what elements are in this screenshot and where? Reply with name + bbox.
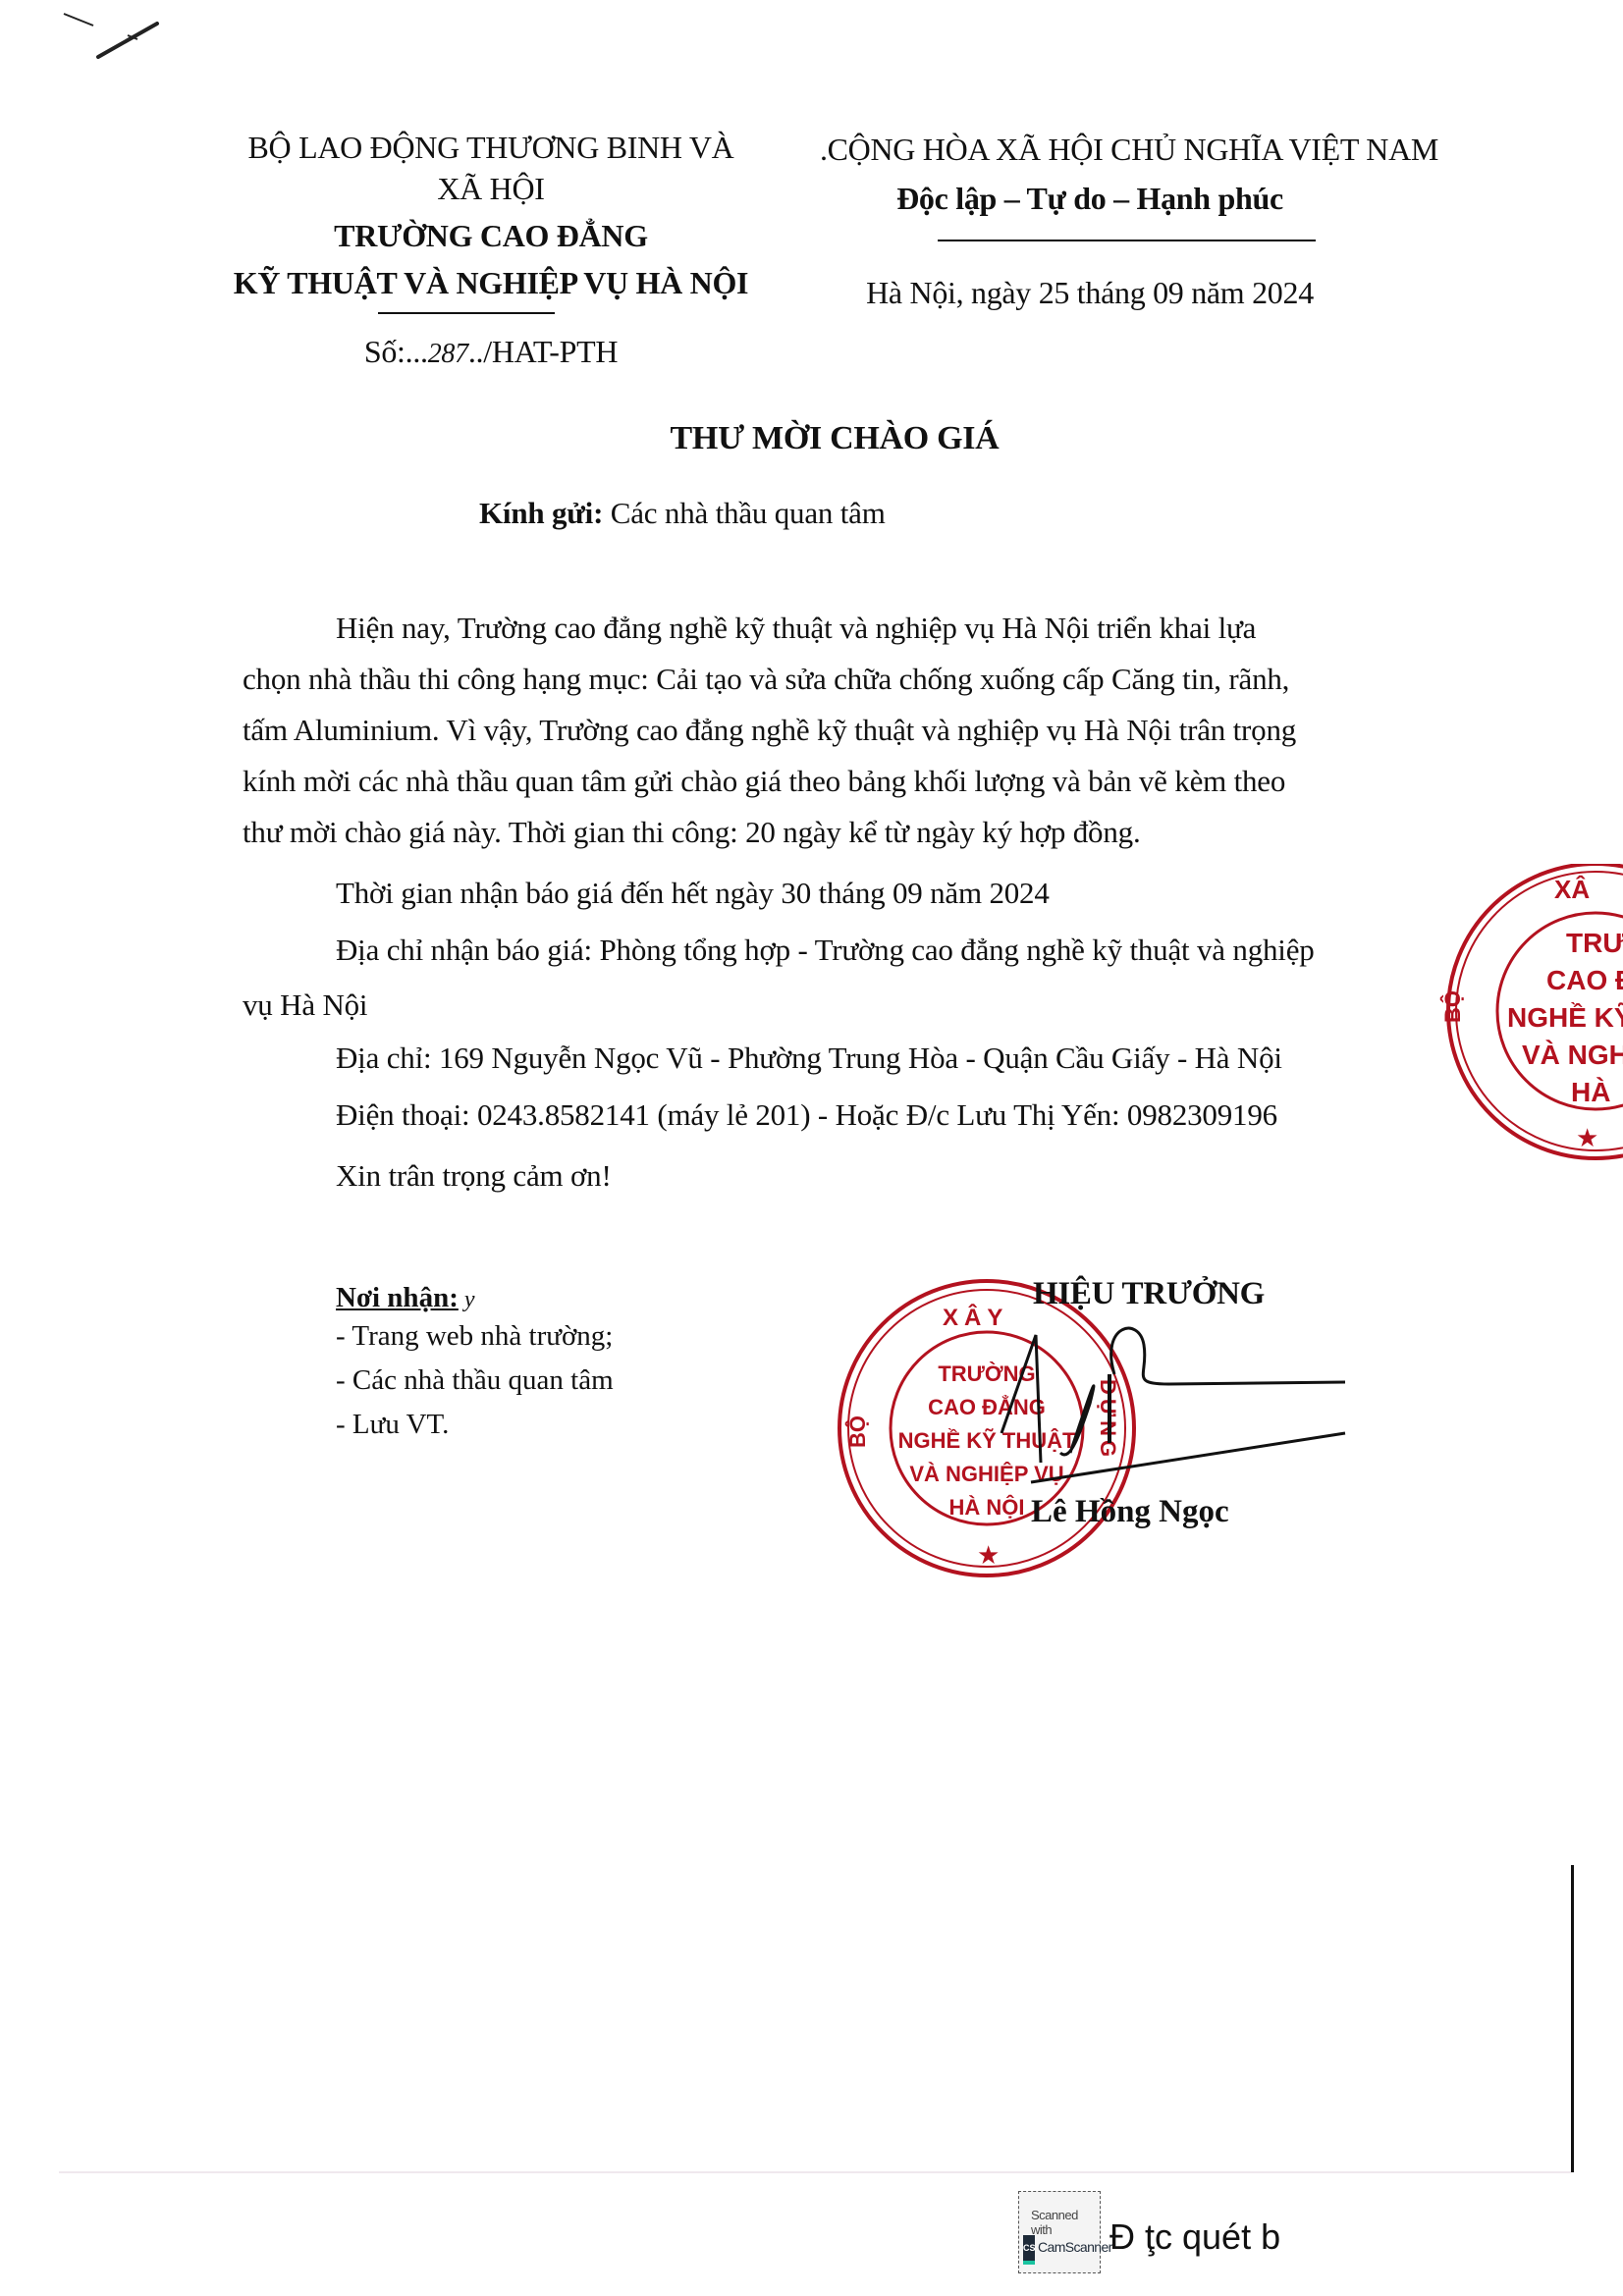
national-title: .CỘNG HÒA XÃ HỘI CHỦ NGHĨA VIỆT NAM bbox=[815, 132, 1443, 168]
camscanner-badge: Scanned with CS CamScanner bbox=[1018, 2191, 1101, 2273]
place-date: Hà Nội, ngày 25 tháng 09 năm 2024 bbox=[815, 275, 1365, 311]
recipient-item: - Lưu VT. bbox=[336, 1409, 614, 1441]
school-name-line-1: TRƯỜNG CAO ĐẲNG bbox=[147, 218, 835, 254]
svg-text:BỘ: BỘ bbox=[1440, 990, 1465, 1023]
camscanner-logo-icon: CS bbox=[1023, 2235, 1035, 2265]
signature-title: HIỆU TRƯỞNG bbox=[1001, 1276, 1296, 1312]
paragraph-1-line-3: tấm Aluminium. Vì vậy, Trường cao đẳng n… bbox=[243, 713, 1296, 748]
svg-text:★: ★ bbox=[977, 1541, 1000, 1570]
paragraph-1-line-5: thư mời chào giá này. Thời gian thi công… bbox=[243, 815, 1141, 850]
recipients-label: Nơi nhận: bbox=[336, 1282, 459, 1313]
salutation-recipient: Các nhà thầu quan tâm bbox=[611, 496, 886, 530]
recipient-item: - Các nhà thầu quan tâm bbox=[336, 1364, 614, 1397]
handwritten-number: 287 bbox=[428, 339, 468, 369]
paragraph-1-line-1: Hiện nay, Trường cao đẳng nghề kỹ thuật … bbox=[336, 611, 1256, 646]
svg-text:BỘ: BỘ bbox=[845, 1415, 870, 1448]
svg-text:HÀ: HÀ bbox=[1571, 1077, 1610, 1107]
svg-text:★: ★ bbox=[1576, 1124, 1598, 1152]
signer-name: Lê Hồng Ngọc bbox=[1031, 1494, 1229, 1530]
header-right-rule bbox=[938, 240, 1316, 241]
closing-line: Xin trân trọng cảm ơn! bbox=[336, 1158, 612, 1194]
scan-caption: Đ ţc quét b bbox=[1109, 2216, 1280, 2258]
phone-line: Điện thoại: 0243.8582141 (máy lẻ 201) - … bbox=[336, 1097, 1277, 1133]
salutation: Kính gửi: Các nhà thầu quan tâm bbox=[479, 496, 886, 531]
handwritten-mark bbox=[59, 10, 177, 69]
receive-address-line-2: vụ Hà Nội bbox=[243, 988, 367, 1023]
paragraph-1-line-2: chọn nhà thầu thi công hạng mục: Cải tạo… bbox=[243, 662, 1289, 697]
document-title: THƯ MỜI CHÀO GIÁ bbox=[540, 420, 1129, 457]
svg-text:XÂ: XÂ bbox=[1554, 875, 1590, 904]
paragraph-1-line-4: kính mời các nhà thầu quan tâm gửi chào … bbox=[243, 764, 1285, 799]
svg-text:VÀ NGH: VÀ NGH bbox=[1522, 1040, 1623, 1070]
national-motto: Độc lập – Tự do – Hạnh phúc bbox=[815, 181, 1365, 217]
scan-bottom-edge bbox=[59, 2171, 1571, 2173]
recipients-block: Nơi nhận: y - Trang web nhà trường; - Cá… bbox=[336, 1282, 614, 1441]
recipient-item: - Trang web nhà trường; bbox=[336, 1320, 614, 1353]
address-line: Địa chỉ: 169 Nguyễn Ngọc Vũ - Phường Tru… bbox=[336, 1041, 1282, 1076]
svg-text:CAO Đ: CAO Đ bbox=[1546, 965, 1623, 995]
school-name-line-2: KỸ THUẬT VÀ NGHIỆP VỤ HÀ NỘI bbox=[147, 265, 835, 301]
scan-edge-line bbox=[1571, 1865, 1574, 2172]
document-number: Số:...287../HAT-PTH bbox=[147, 334, 835, 370]
svg-text:TRƯ: TRƯ bbox=[1566, 928, 1623, 958]
svg-text:NGHỀ KỸ: NGHỀ KỸ bbox=[1507, 1002, 1623, 1033]
handwritten-signature bbox=[972, 1315, 1365, 1512]
salutation-label: Kính gửi: bbox=[479, 496, 603, 530]
deadline-line: Thời gian nhận báo giá đến hết ngày 30 t… bbox=[336, 876, 1050, 911]
header-left-rule bbox=[378, 312, 555, 314]
partial-stamp: BỘ XÂ TRƯ CAO Đ NGHỀ KỸ VÀ NGH HÀ ★ bbox=[1424, 864, 1623, 1178]
receive-address-line-1: Địa chỉ nhận báo giá: Phòng tổng hợp - T… bbox=[336, 933, 1315, 968]
ministry-line-1: BỘ LAO ĐỘNG THƯƠNG BINH VÀ bbox=[147, 130, 835, 166]
ministry-line-2: XÃ HỘI bbox=[147, 171, 835, 207]
